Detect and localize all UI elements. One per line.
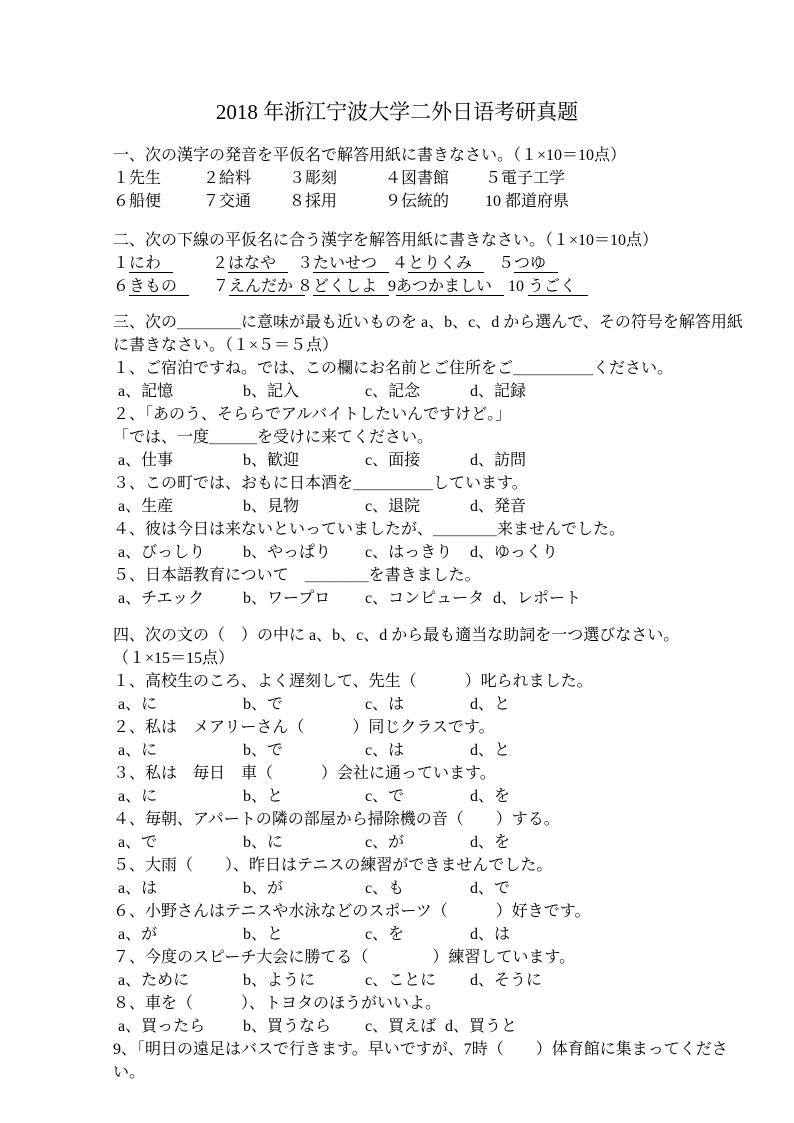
option-cell: b、ように [243,969,315,992]
item-number: ７ [213,278,229,295]
question-stem: 9、「明日の遠足はバスで行きます。早いですが、7時（ ）体育館に集まってくださ [113,1038,794,1061]
item-row: ６船便７交通８採用９伝統的10 都道府県 [113,190,794,213]
item-cell: ５つゆ [498,252,558,275]
option-cell: d、訪問 [470,449,526,472]
item-cell: ７交通 [203,190,251,213]
item-cell: １先生 [113,167,161,190]
option-cell: d、ゆっくり [470,541,558,564]
options-row: a、でb、にc、がd、を [113,831,794,854]
option-cell: b、に [243,831,283,854]
options-row: a、にb、でc、はd、と [113,739,794,762]
item-word-underlined: うごく [528,278,588,296]
option-cell: a、買ったら [118,1015,205,1038]
options-row: a、記憶b、記入c、記念d、記録 [113,380,794,403]
option-cell: c、退院 [365,495,420,518]
option-cell: d、記録 [470,380,526,403]
item-word-underlined: あつかましい [396,278,504,296]
question-stem: ２、私は メアリーさん（ ）同じクラスです。 [113,716,794,739]
item-cell: 10 うごく [508,275,588,298]
item-cell: ７えんだか [213,275,305,298]
option-cell: b、で [243,693,283,716]
section-heading-line: 三、次の＿＿＿＿に意味が最も近いものを a、b、c、d から選んで、その符号を解… [113,311,794,334]
item-number: 9 [388,278,396,295]
question-stem: ４、毎朝、アパートの隣の部屋から掃除機の音（ ）する。 [113,808,794,831]
question-stem: ７、今度のスピーチ大会に勝てる（ ）練習しています。 [113,946,794,969]
section-heading-line: （１×15＝15点） [113,647,794,670]
options-row: a、にb、でc、はd、と [113,693,794,716]
options-row: a、はb、がc、もd、で [113,877,794,900]
item-cell: １にわ [113,252,173,275]
option-cell: a、記憶 [118,380,173,403]
item-word-underlined: にわ [129,255,173,273]
option-cell: a、は [118,877,157,900]
section-heading-line: 一、次の漢字の発音を平仮名で解答用紙に書きなさい。（１×10＝10点） [113,144,794,167]
item-cell: 9あつかましい [388,275,504,298]
item-cell: ８採用 [289,190,337,213]
section-heading-line: 二、次の下線の平仮名に合う漢字を解答用紙に書きなさい。（１×10＝10点） [113,229,794,252]
exam-page: 2018 年浙江宁波大学二外日语考研真题 一、次の漢字の発音を平仮名で解答用紙に… [0,0,794,1123]
underline-item-row: ６きもの７えんだか８どくしよ9あつかましい10 うごく [113,275,794,298]
option-cell: c、コンピュータ [365,587,484,610]
item-cell: ３彫刻 [289,167,337,190]
option-cell: d、と [470,693,510,716]
option-cell: c、で [365,785,404,808]
option-cell: d、レポート [493,587,581,610]
option-cell: b、が [243,877,283,900]
options-row: a、ためにb、ようにc、ことにd、そうに [113,969,794,992]
option-cell: c、は [365,739,404,762]
option-cell: a、に [118,693,157,716]
option-cell: b、と [243,923,283,946]
option-cell: a、に [118,785,157,808]
item-cell: ２給料 [203,167,251,190]
option-cell: c、も [365,877,404,900]
option-cell: d、を [470,831,510,854]
item-number: ３ [297,255,313,272]
doc-body: 一、次の漢字の発音を平仮名で解答用紙に書きなさい。（１×10＝10点）１先生２給… [113,144,794,1084]
section-heading-line: 四、次の文の（ ）の中に a、b、c、d から最も適当な助詞を一つ選びなさい。 [113,624,794,647]
item-word-underlined: はなや [228,255,288,273]
item-cell: ８どくしよ [297,275,389,298]
option-cell: c、は [365,693,404,716]
item-cell: ６船便 [113,190,161,213]
item-word-underlined: とりくみ [408,255,484,273]
option-cell: c、記念 [365,380,420,403]
option-cell: c、はっきり [365,541,452,564]
item-number: ４ [392,255,408,272]
option-cell: a、生産 [118,495,173,518]
option-cell: a、で [118,831,157,854]
option-cell: a、チエック [118,587,204,610]
options-row: a、チエックb、ワープロc、コンピュータd、レポート [113,587,794,610]
options-row: a、買ったらb、買うならc、買えばd、買うと [113,1015,794,1038]
item-cell: ４とりくみ [392,252,484,275]
item-cell: ２はなや [212,252,288,275]
option-cell: a、が [118,923,157,946]
question-stem: ３、この町では、おもに日本酒を＿＿＿＿＿しています。 [113,472,794,495]
section: 四、次の文の（ ）の中に a、b、c、d から最も適当な助詞を一つ選びなさい。（… [113,624,794,1084]
question-stem: １、ご宿泊ですね。では、この欄にお名前とご住所をご＿＿＿＿＿ください。 [113,357,794,380]
question-stem: ５、日本語教育について ＿＿＿＿を書きました。 [113,564,794,587]
item-row: １先生２給料３彫刻４図書館５電子工学 [113,167,794,190]
question-stem: ４、彼は今日は来ないといっていましたが、＿＿＿＿来ませんでした。 [113,518,794,541]
option-cell: d、と [470,739,510,762]
option-cell: c、面接 [365,449,420,472]
section-heading-line: に書きなさい。（１×５＝５点） [113,334,794,357]
item-word-underlined: どくしよ [313,278,389,296]
section: 三、次の＿＿＿＿に意味が最も近いものを a、b、c、d から選んで、その符号を解… [113,311,794,610]
option-cell: c、買えば [365,1015,436,1038]
option-cell: b、歓迎 [243,449,299,472]
question-stem: ５、大雨（ ）、昨日はテニスの練習ができませんでした。 [113,854,794,877]
option-cell: c、ことに [365,969,436,992]
item-number: ６ [113,278,129,295]
option-cell: d、で [470,877,510,900]
option-cell: a、びっしり [118,541,205,564]
question-stem: １、高校生のころ、よく遅刻して、先生（ ）叱られました。 [113,670,794,693]
item-cell: ３たいせつ [297,252,389,275]
question-stem: ３、私は 毎日 車（ ）会社に通っています。 [113,762,794,785]
option-cell: c、が [365,831,404,854]
option-cell: d、そうに [470,969,542,992]
option-cell: d、は [470,923,510,946]
item-word-underlined: きもの [129,278,189,296]
option-cell: d、買うと [445,1015,517,1038]
option-cell: b、買うなら [243,1015,331,1038]
item-cell: ４図書館 [385,167,449,190]
section: 一、次の漢字の発音を平仮名で解答用紙に書きなさい。（１×10＝10点）１先生２給… [113,144,794,213]
option-cell: c、を [365,923,404,946]
item-cell: ６きもの [113,275,189,298]
options-row: a、びっしりb、やっぱりc、はっきりd、ゆっくり [113,541,794,564]
option-cell: b、記入 [243,380,299,403]
option-cell: a、仕事 [118,449,173,472]
item-number: ８ [297,278,313,295]
item-cell: ９伝統的 [385,190,449,213]
option-cell: b、見物 [243,495,299,518]
item-word-underlined: つゆ [514,255,558,273]
item-cell: 10 都道府県 [485,190,569,213]
item-cell: ５電子工学 [485,167,565,190]
option-cell: b、と [243,785,283,808]
item-number: １ [113,255,129,272]
underline-item-row: １にわ２はなや３たいせつ４とりくみ５つゆ [113,252,794,275]
question-stem: ６、小野さんはテニスや水泳などのスポーツ（ ）好きです。 [113,900,794,923]
option-cell: b、やっぱり [243,541,331,564]
option-cell: a、ために [118,969,189,992]
item-number: 10 [508,278,528,295]
question-stem: 「では、一度＿＿＿を受けに来てください。 [113,426,794,449]
item-number: ５ [498,255,514,272]
doc-title: 2018 年浙江宁波大学二外日语考研真题 [0,96,794,128]
option-cell: b、で [243,739,283,762]
question-stem: い。 [113,1061,794,1084]
question-stem: ８、車を（ ）、トヨタのほうがいいよ。 [113,992,794,1015]
option-cell: a、に [118,739,157,762]
section: 二、次の下線の平仮名に合う漢字を解答用紙に書きなさい。（１×10＝10点）１にわ… [113,229,794,298]
options-row: a、仕事b、歓迎c、面接d、訪問 [113,449,794,472]
item-number: ２ [212,255,228,272]
option-cell: d、発音 [470,495,526,518]
options-row: a、にb、とc、でd、を [113,785,794,808]
options-row: a、生産b、見物c、退院d、発音 [113,495,794,518]
option-cell: d、を [470,785,510,808]
item-word-underlined: えんだか [229,278,305,296]
option-cell: b、ワープロ [243,587,330,610]
question-stem: ２、「あのう、そららでアルバイトしたいんですけど。」 [113,403,794,426]
options-row: a、がb、とc、をd、は [113,923,794,946]
item-word-underlined: たいせつ [313,255,389,273]
